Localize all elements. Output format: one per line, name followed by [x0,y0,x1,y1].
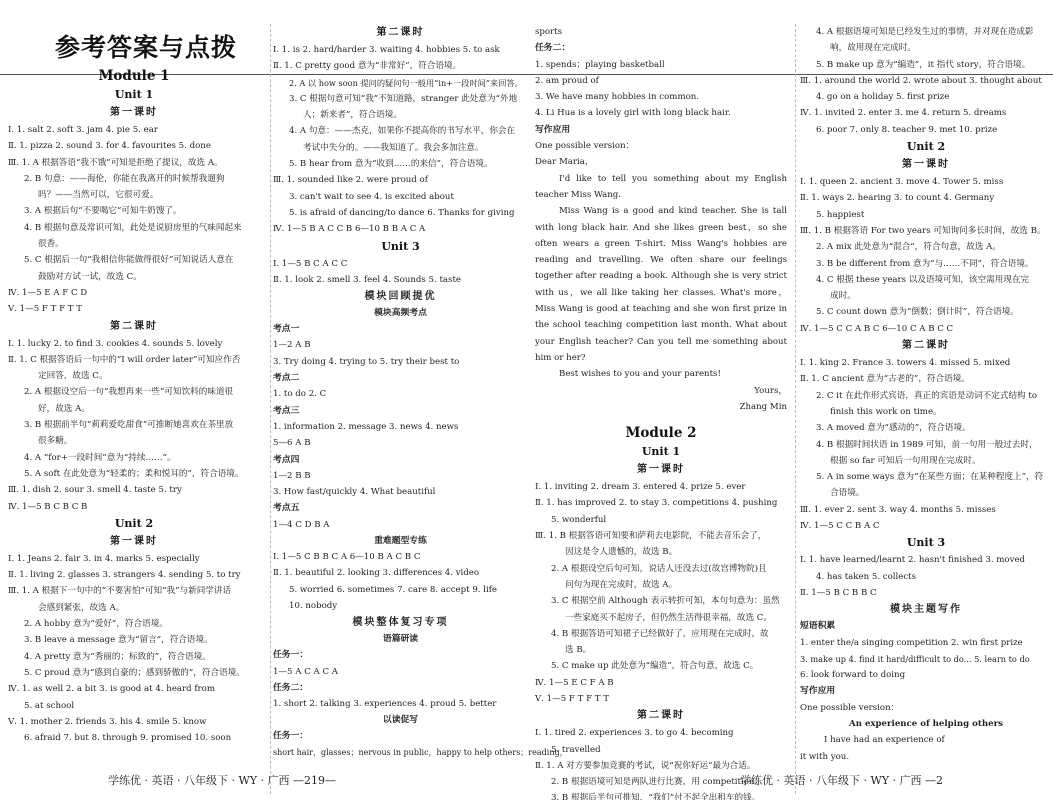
answer-line: 2. A hobby 意为“爱好”，符合语境。 [8,616,260,632]
answer-line: 好，故选 A。 [8,401,260,417]
answer-line: Ⅱ. 1. ways 2. hearing 3. to count 4. Ger… [800,190,1052,206]
answer-line: Ⅰ. 1—5 B C A C C [273,256,528,272]
task-label: 任务一： [273,728,528,744]
answer-line: 2. A 以 how soon 提问的疑问句一般用“in+一段时间”来回答。 [273,75,528,91]
answer-line: 4. go on a holiday 5. first prize [800,89,1052,105]
unit-heading: Unit 1 [535,443,787,461]
phrase-label: 短语积累 [800,618,1052,634]
answer-line: Ⅱ. 1. living 2. glasses 3. strangers 4. … [8,567,260,583]
answer-line: 5. C make up 此处意为“编造”，符合句意，故选 C。 [535,658,787,674]
answer-line: 5. B make up 意为“编造”，it 指代 story，符合语境。 [800,57,1052,73]
answer-line: 4. A 句意：——杰克，如果你不提高你的书写水平，你会在 [273,123,528,139]
answer-line: 5. C count down 意为“倒数；倒计时”，符合语境。 [800,304,1052,320]
point-label: 考点四 [273,452,528,468]
subsection-heading: 语篇研读 [273,631,528,647]
answer-line: Ⅱ. 1. has improved 2. to stay 3. competi… [535,495,787,511]
footer-right: 学练优 · 英语 · 八年级下 · WY · 广西 —2 [740,772,943,788]
lesson-heading: 第一课时 [8,104,260,122]
answer-line: 2. A 根据设空后一句“我想再来一些”可知饮料的味道很 [8,384,260,400]
unit-heading: Unit 2 [8,515,260,533]
answer-line: 5. C 根据后一句“我相信你能做得很好”可知说话人意在 [8,252,260,268]
essay-title: An experience of helping others [800,716,1052,732]
unit-heading: Unit 3 [800,534,1052,552]
unit-heading: Unit 1 [8,86,260,104]
section-heading: 模块主题写作 [800,601,1052,618]
answer-line: 1. to do 2. C [273,386,528,402]
answer-line: Ⅲ. 1. A 根据答语“我不饿”可知是拒绝了提议，故选 A。 [8,155,260,171]
answer-line: Ⅳ. 1—5 B A C C B 6—10 B B A C A [273,221,528,237]
answer-line: Ⅱ. 1. C ancient 意为“古老的”，符合语境。 [800,371,1052,387]
answer-line: Ⅲ. 1. around the world 2. wrote about 3.… [800,73,1052,89]
answer-line: 成时。 [800,288,1052,304]
answer-line: 一些家庭买不起房子，但仍然生活得很幸福，故选 C。 [535,610,787,626]
answer-line: 4. B 根据时间状语 in 1989 可知，前一句用一般过去时， [800,437,1052,453]
lesson-heading: 第一课时 [800,156,1052,174]
lesson-heading: 第一课时 [535,461,787,479]
column-1: Module 1 Unit 1 第一课时 Ⅰ. 1. salt 2. soft … [8,30,260,800]
answer-line: 5. happiest [800,207,1052,223]
answer-line: 吗？——当然可以，它很可爱。 [8,187,260,203]
answer-line: 问句为现在完成时，故选 A。 [535,577,787,593]
answer-line: Ⅱ. 1. C pretty good 意为“非常好”，符合语境。 [273,58,528,74]
answer-line: 3. Try doing 4. trying to 5. try their b… [273,354,528,370]
answer-line: 会感到紧张，故选 A。 [8,600,260,616]
subsection-heading: 模块高频考点 [273,305,528,321]
answer-line: 1. spends；playing basketball [535,57,787,73]
answer-line: 定回答，故选 C。 [8,368,260,384]
module-heading: Module 1 [8,66,260,86]
answer-line: 6. poor 7. only 8. teacher 9. met 10. pr… [800,122,1052,138]
answer-line: 3. We have many hobbies in common. [535,89,787,105]
answer-line: 选 B。 [535,642,787,658]
answer-line: 5. at school [8,698,260,714]
answer-line: Ⅰ. 1—5 C B B C A 6—10 B A C B C [273,549,528,565]
answer-line: 3. can't wait to see 4. is excited about [273,189,528,205]
point-label: 考点一 [273,321,528,337]
answer-line: Ⅳ. 1—5 E C F A B [535,675,787,691]
answer-line: Ⅱ. 1. C 根据答语后一句中的“I will order later”可知应… [8,352,260,368]
answer-line: finish this work on time。 [800,404,1052,420]
answer-line: 4. A “for+一段时间”意为“持续……”。 [8,450,260,466]
subsection-heading: 重难题型专练 [273,533,528,549]
answer-line: 4. A 根据语境可知是已经发生过的事情，并对现在造成影 [800,24,1052,40]
answer-line: 3. C 根据句意可知“我”不知道路，stranger 此处意为“外地 [273,91,528,107]
answer-line: Ⅳ. 1. invited 2. enter 3. me 4. return 5… [800,105,1052,121]
answer-line: 2. A 根据设空后句可知，说话人还没去过(故宫博物院)且 [535,561,787,577]
answer-line: 3. C 根据空前 Although 表示转折可知，本句句意为：虽然 [535,593,787,609]
answer-line: 5. A soft 在此处意为“轻柔的；柔和悦耳的”，符合语境。 [8,466,260,482]
answer-line: 5. travelled [535,742,787,758]
answer-line: Ⅲ. 1. B 根据答语可知要和萨莉去电影院，不能去音乐会了， [535,528,787,544]
letter-signature: Zhang Min [535,399,787,415]
answer-line: Ⅴ. 1. mother 2. friends 3. his 4. smile … [8,714,260,730]
column-3: sports 任务二： 1. spends；playing basketball… [535,24,787,794]
answer-line: 4. Li Hua is a lovely girl with long bla… [535,105,787,121]
answer-line: 6. look forward to doing [800,667,1052,683]
answer-line: Ⅳ. 1. as well 2. a bit 3. is good at 4. … [8,681,260,697]
task-label: 任务二： [273,680,528,696]
answer-line: Ⅲ. 1. A 根据下一句中的“不要害怕”可知“我”与新同学讲话 [8,583,260,599]
answer-line: 1—2 B B [273,468,528,484]
answer-line: 1. information 2. message 3. news 4. new… [273,419,528,435]
point-label: 考点五 [273,500,528,516]
answer-line: 1. short 2. talking 3. experiences 4. pr… [273,696,528,712]
answer-line: 3. How fast/quickly 4. What beautiful [273,484,528,500]
answer-line: 3. make up 4. find it hard/difficult to … [800,651,1052,667]
answer-line: Ⅰ. 1. Jeans 2. fair 3. in 4. marks 5. es… [8,551,260,567]
lesson-heading: 第一课时 [8,533,260,551]
section-heading: 模块整体复习专项 [273,614,528,631]
answer-line: 3. A 根据后句“不要喝它”可知牛奶馊了。 [8,203,260,219]
answer-line: 2. A mix 此处意为“混合”，符合句意，故选 A。 [800,239,1052,255]
answer-line: 3. B 根据前半句“莉莉爱吃甜食”可推断她喜欢在茶里放 [8,417,260,433]
section-heading: 模块回顾提优 [273,288,528,305]
answer-line: 1—5 A C A C A [273,664,528,680]
answer-line: 合语境。 [800,485,1052,501]
answer-line: 因这是令人遗憾的，故选 B。 [535,544,787,560]
answer-line: 5. worried 6. sometimes 7. care 8. accep… [273,582,528,598]
answer-line: Ⅰ. 1. lucky 2. to find 3. cookies 4. sou… [8,336,260,352]
answer-line: 鼓励对方试一试，故选 C。 [8,269,260,285]
answer-line: 5. A in some ways 意为“在某些方面；在某种程度上”，符 [800,469,1052,485]
subsection-heading: 以读促写 [273,712,528,728]
unit-heading: Unit 3 [273,238,528,256]
answer-line: 2. B 句意：——海伦，你能在我离开的时候帮我遛狗 [8,171,260,187]
answer-line: Ⅰ. 1. queen 2. ancient 3. move 4. Tower … [800,174,1052,190]
answer-line: 5. B hear from 意为“收到……的来信”，符合语境。 [273,156,528,172]
answer-line: 3. A moved 意为“感动的”，符合语境。 [800,420,1052,436]
answer-line: 4. has taken 5. collects [800,569,1052,585]
answer-line: Ⅳ. 1—5 C C B A C [800,518,1052,534]
answer-line: 1. enter the/a singing competition 2. wi… [800,635,1052,651]
answer-line: 6. afraid 7. but 8. through 9. promised … [8,730,260,746]
letter-paragraph: Best wishes to you and your parents! [535,366,787,382]
answer-line: 5. wonderful [535,512,787,528]
answer-line: 1—4 C D B A [273,517,528,533]
answer-line: Ⅰ. 1. king 2. France 3. towers 4. missed… [800,355,1052,371]
answer-line: Ⅰ. 1. have learned/learnt 2. hasn't fini… [800,552,1052,568]
answer-line: 2. am proud of [535,73,787,89]
answer-line: 3. B leave a message 意为“留言”，符合语境。 [8,632,260,648]
answer-line: 4. B 根据句意及常识可知，此处是说厨房里的气味闻起来 [8,220,260,236]
answer-line: 响，故用现在完成时。 [800,40,1052,56]
answer-line: 2. C it 在此作形式宾语，真正的宾语是动词不定式结构 to [800,388,1052,404]
answer-line: Ⅰ. 1. salt 2. soft 3. jam 4. pie 5. ear [8,122,260,138]
unit-heading: Unit 2 [800,138,1052,156]
answer-line: Ⅳ. 1—5 E A F C D [8,285,260,301]
task-label: 任务一： [273,647,528,663]
answer-line: Ⅳ. 1—5 B C B C B [8,499,260,515]
lesson-heading: 第二课时 [800,337,1052,355]
answer-line: Ⅲ. 1. B 根据答语 For two years 可知询问多长时间，故选 B… [800,223,1052,239]
answer-line: 4. C 根据 these years 以及语境可知，该空需用现在完 [800,272,1052,288]
answer-line: 3. B 根据后半句可推知，“我们”付不起全出租车的钱。 [535,790,787,800]
answer-line: 5—6 A B [273,435,528,451]
writing-label: 写作应用 [800,683,1052,699]
essay-line: it with you. [800,749,1052,765]
answer-line: 3. B be different from 意为“与……不同”，符合语境。 [800,256,1052,272]
answer-line: Ⅲ. 1. dish 2. sour 3. smell 4. taste 5. … [8,482,260,498]
answer-line: Ⅲ. 1. ever 2. sent 3. way 4. months 5. m… [800,502,1052,518]
version-line: One possible version： [800,700,1052,716]
lesson-heading: 第二课时 [8,318,260,336]
point-label: 考点三 [273,403,528,419]
lesson-heading: 第二课时 [273,24,528,42]
answer-line: Ⅱ. 1. look 2. smell 3. feel 4. Sounds 5.… [273,272,528,288]
answer-line: Ⅳ. 1—5 C C A B C 6—10 C A B C C [800,321,1052,337]
answer-line: Ⅰ. 1. tired 2. experiences 3. to go 4. b… [535,725,787,741]
answer-line: 人；新来者”，符合语境。 [273,107,528,123]
answer-line: Ⅰ. 1. is 2. hard/harder 3. waiting 4. ho… [273,42,528,58]
answer-line: Ⅴ. 1—5 F T F T T [535,691,787,707]
column-2: 第二课时 Ⅰ. 1. is 2. hard/harder 3. waiting … [270,24,528,794]
answer-line: short hair，glasses；nervous in public，hap… [273,745,528,761]
answer-line: Ⅴ. 1—5 F T F T T [8,301,260,317]
answer-line: 1—2 A B [273,337,528,353]
answer-line: 5. is afraid of dancing/to dance 6. Than… [273,205,528,221]
answer-line: 10. nobody [273,598,528,614]
answer-line: Ⅰ. 1. inviting 2. dream 3. entered 4. pr… [535,479,787,495]
answer-line: 很多糖。 [8,433,260,449]
answer-line: Ⅱ. 1. pizza 2. sound 3. for 4. favourite… [8,138,260,154]
task-label: 任务二： [535,40,787,56]
writing-label: 写作应用 [535,122,787,138]
version-line: One possible version： [535,138,787,154]
answer-line: 5. C proud 意为“感到自豪的；感到骄傲的”，符合语境。 [8,665,260,681]
letter-greeting: Dear Maria， [535,154,787,170]
answer-line: 考试中失分的。——我知道了。我会多加注意。 [273,140,528,156]
lesson-heading: 第二课时 [535,707,787,725]
letter-paragraph: Miss Wang is a good and kind teacher. Sh… [535,203,787,366]
answer-line: 很香。 [8,236,260,252]
answer-line: sports [535,24,787,40]
column-4: 4. A 根据语境可知是已经发生过的事情，并对现在造成影 响，故用现在完成时。 … [795,24,1052,794]
answer-line: 4. B 根据答语可知裙子已经做好了，应用现在完成时，故 [535,626,787,642]
answer-line: Ⅲ. 1. sounded like 2. were proud of [273,172,528,188]
point-label: 考点二 [273,370,528,386]
answer-line: 根据 so far 可知后一句用现在完成时。 [800,453,1052,469]
answer-line: 4. A pretty 意为“秀丽的；标致的”，符合语境。 [8,649,260,665]
essay-line: I have had an experience of [800,732,1052,748]
answer-line: Ⅱ. 1. beautiful 2. looking 3. difference… [273,565,528,581]
letter-closing: Yours， [535,383,787,399]
letter-paragraph: I'd like to tell you something about my … [535,171,787,204]
letter-body: I'd like to tell you something about my … [535,171,787,383]
answer-line: Ⅱ. 1—5 B C B B C [800,585,1052,601]
footer-left: 学练优 · 英语 · 八年级下 · WY · 广西 —219— [108,772,336,788]
module-heading: Module 2 [535,423,787,443]
